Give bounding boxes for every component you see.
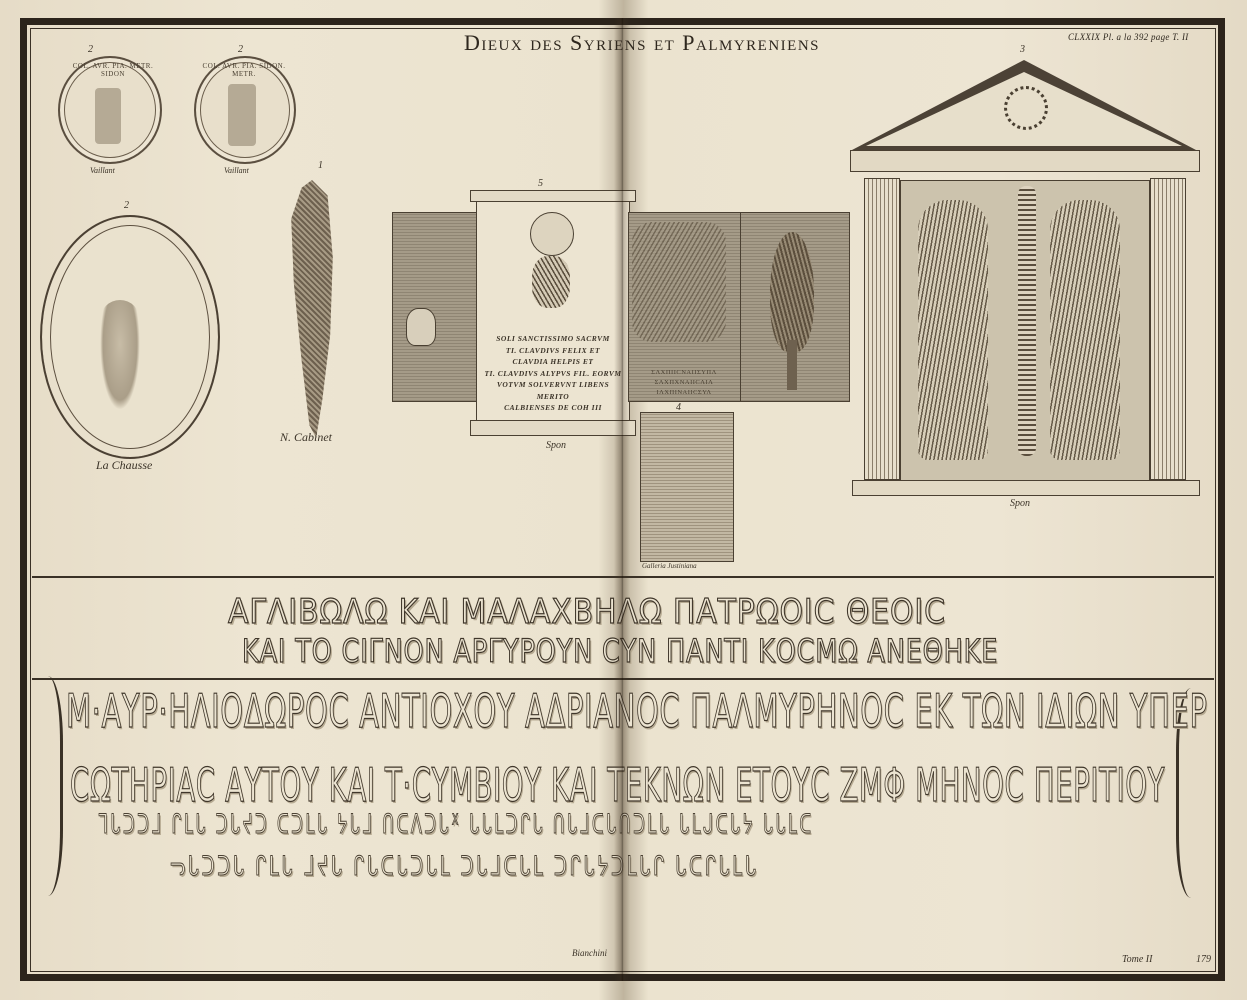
altar-cornice <box>470 190 636 202</box>
sun-halo-bust <box>530 212 574 256</box>
plate-title: Dieux des Syriens et Palmyreniens <box>392 30 892 56</box>
figure-caption: Spon <box>1010 498 1030 509</box>
altar-latin-inscription: SOLI SANCTISSIMO SACRVM TI. CLAVDIVS FEL… <box>482 333 624 414</box>
inscription-line: SOLI SANCTISSIMO SACRVM <box>482 333 624 345</box>
inscription-line: ΣΛΧΠΧΝΑΙΙϹΛΙΛ <box>636 378 732 388</box>
inscription-line: VOTVM SOLVERVNT LIBENS MERITO <box>482 379 624 402</box>
figure-number: 1 <box>318 160 323 171</box>
coin-legend: COL. AVR. PIA. METR. SIDON <box>68 62 158 78</box>
inscription-line: TI. CLAVDIVS ALYPVS FIL. EORVM <box>482 368 624 380</box>
sacred-tree <box>1018 186 1036 456</box>
engraver-signature: Bianchini <box>572 948 607 958</box>
figure-number: 5 <box>538 178 543 189</box>
greek-inscription-line: Μ·ΑΥΡ·ΗΛΙΟΔΩΡΟϹ ΑΝΤΙΟΧΟΥ ΑΔΡΙΑΝΟϹ ΠΑΛΜΥΡ… <box>66 684 1208 738</box>
inscription-line: ΙΛΧΠΙΝΑΙΙϹΣΥΛ <box>636 388 732 398</box>
inscription-line: TI. CLAVDIVS FELIX ET <box>482 345 624 357</box>
chariot-relief <box>632 222 726 342</box>
malakbel-figure <box>1050 200 1120 460</box>
small-shrine-relief <box>640 412 734 562</box>
palmyrene-inscription-line: ᒣᒐᑐᑐᒧ ᒋᒪᒐ ᑐᒐᔪᑐ ᑕᑐᒪᒐ ᔭᒐᒧ ᑎᑕᐱᑐᒐᕽ ᒐᒐᒪᑐᒋᒐ ᑎᒐ… <box>98 810 814 840</box>
laurel-wreath <box>1004 86 1048 130</box>
altar-head-relief <box>406 308 436 346</box>
tabula-ansata-left <box>38 676 63 896</box>
figure-caption: La Chausse <box>96 458 152 473</box>
altar-left-panel <box>392 212 478 402</box>
figure-caption: Galleria Justiniana <box>642 562 697 570</box>
gem-dancing-figure <box>100 300 140 410</box>
altar-palmyrene-inscription: ΣΛΧΠΙΙϹΝΑΙΙΣΥΠΛ ΣΛΧΠΧΝΑΙΙϹΛΙΛ ΙΛΧΠΙΝΑΙΙϹ… <box>636 368 732 398</box>
plate-reference: CLXXIX Pl. a la 392 page T. II <box>1068 32 1189 42</box>
figure-number: 2 <box>124 200 129 211</box>
volume-label: Tome II <box>1122 954 1152 965</box>
coin-deity-figure <box>228 84 256 146</box>
inscription-line: ΣΛΧΠΙΙϹΝΑΙΙΣΥΠΛ <box>636 368 732 378</box>
shrine-entablature <box>850 150 1200 172</box>
palmyrene-inscription-line: ᓓᒐᑐᑐᒐ ᒋᒪᒐ ᒧᔪᒐ ᒋᒐᑕᒐᑐᒐᒪ ᑐᒐᒧᑕᒐᒪ ᑐᒋᒐᔭᑐᒪᒐᒋ ᒐᑕ… <box>170 852 759 882</box>
figure-caption: N. Cabinet <box>280 430 332 445</box>
aglibol-figure <box>918 200 988 460</box>
figure-number: 2 <box>88 44 93 55</box>
inscription-line: CLAVDIA HELPIS ET <box>482 356 624 368</box>
shrine-base <box>852 480 1200 496</box>
inscription-line: CALBIENSES DE COH III <box>482 402 624 414</box>
figure-caption: Vaillant <box>224 166 249 175</box>
right-column <box>1150 178 1186 480</box>
figure-caption: Vaillant <box>90 166 115 175</box>
tree-trunk <box>787 340 797 390</box>
book-gutter-fold <box>614 18 630 981</box>
coin-legend: COL. AVR. PIA. SIDON. METR. <box>200 62 288 78</box>
figure-number: 2 <box>238 44 243 55</box>
eagle-relief <box>532 256 570 308</box>
figure-number: 3 <box>1020 44 1025 55</box>
greek-inscription-line: ΑΓΛΙΒΩΛΩ ΚΑΙ ΜΑΛΑΧΒΗΛΩ ΠΑΤΡΩΟΙϹ ΘΕΟΙϹ <box>228 592 946 632</box>
altar-base <box>470 420 636 436</box>
coin-temple-figure <box>95 88 121 144</box>
figure-caption: Spon <box>546 440 566 451</box>
left-column <box>864 178 900 480</box>
page-number: 179 <box>1196 954 1211 965</box>
cypress-tree-relief <box>770 232 814 352</box>
